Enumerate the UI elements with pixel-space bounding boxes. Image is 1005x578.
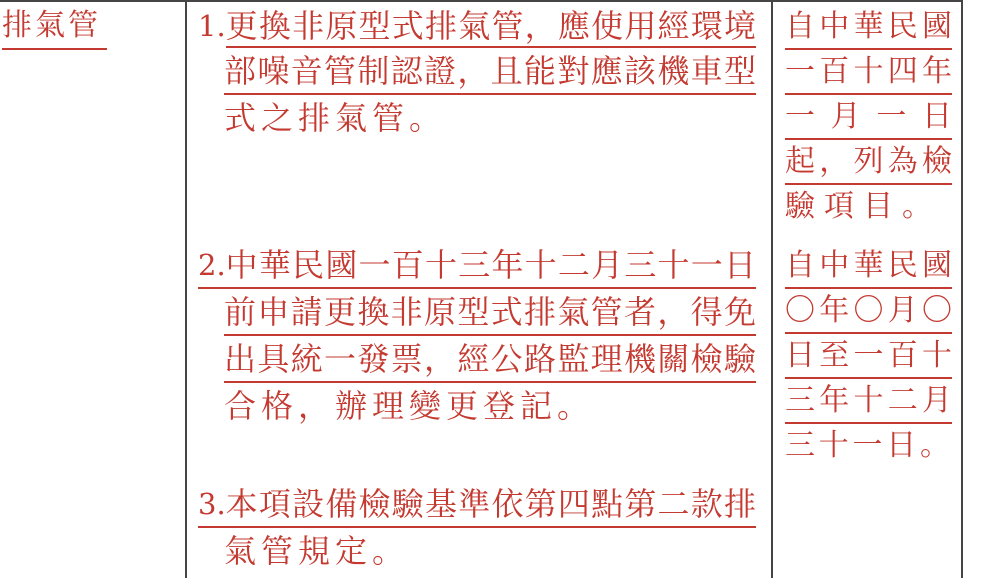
text-line: 前申請更換非原型式排氣管者，得免 [224,292,756,336]
effective-date-text: 驗項目。 [785,188,949,228]
text-line: 自中華民國 [785,247,952,289]
criteria-text: 更換非原型式排氣管，應使用經環境 [226,6,756,48]
row-header-cell: 排氣管 [0,2,184,570]
effective-date-text: 三十一日。 [785,427,952,467]
text-line: 氣管規定。 [224,531,756,570]
criteria-cell-item2: 2. 中華民國一百十三年十二月三十一日 前申請更換非原型式排氣管者，得免 出具統… [188,241,770,471]
text-line: 三十一日。 [785,427,952,467]
table-border-vertical-middle [771,0,773,578]
criteria-cell-item3: 3. 本項設備檢驗基準依第四點第二款排 氣管規定。 [188,480,770,570]
criteria-text: 合格，辦理變更登記。 [224,386,606,428]
text-line: 出具統一發票，經公路監理機關檢驗 [224,339,756,383]
item-number: 2. [198,245,226,287]
text-line: 驗項目。 [785,188,952,228]
criteria-text: 中華民國一百十三年十二月三十一日 [226,245,756,287]
row-header-label: 排氣管 [2,8,107,50]
text-line: 自中華民國 [785,8,952,50]
table-border-vertical-right [961,0,963,578]
text-line: 合格，辦理變更登記。 [224,386,756,428]
item-number: 3. [198,484,226,526]
criteria-text: 本項設備檢驗基準依第四點第二款排 [226,484,756,526]
text-line: 起，列為檢 [785,143,952,185]
text-line: 〇年〇月〇 [785,292,952,334]
table-border-vertical-left [185,0,187,578]
criteria-text: 氣管規定。 [224,531,421,570]
text-line: 2. 中華民國一百十三年十二月三十一日 [198,245,756,289]
criteria-text: 式之排氣管。 [224,98,458,140]
text-line: 部噪音管制認證，且能對應該機車型 [224,51,756,95]
text-line: 一月一日 [785,98,952,140]
text-line: 式之排氣管。 [224,98,756,140]
text-line: 3. 本項設備檢驗基準依第四點第二款排 [198,484,756,528]
effective-date-cell-item3 [774,480,960,570]
criteria-cell-item1: 1. 更換非原型式排氣管，應使用經環境 部噪音管制認證，且能對應該機車型 式之排… [188,2,770,232]
text-line: 1. 更換非原型式排氣管，應使用經環境 [198,6,756,48]
text-line: 日至一百十 [785,337,952,379]
text-line: 一百十四年 [785,53,952,95]
effective-date-cell-item1: 自中華民國 一百十四年 一月一日 起，列為檢 驗項目。 [774,2,960,232]
regulation-table-page: 排氣管 1. 更換非原型式排氣管，應使用經環境 部噪音管制認證，且能對應該機車型… [0,0,1005,578]
text-line: 三年十二月 [785,382,952,424]
item-number: 1. [198,6,226,48]
effective-date-cell-item2: 自中華民國 〇年〇月〇 日至一百十 三年十二月 三十一日。 [774,241,960,471]
